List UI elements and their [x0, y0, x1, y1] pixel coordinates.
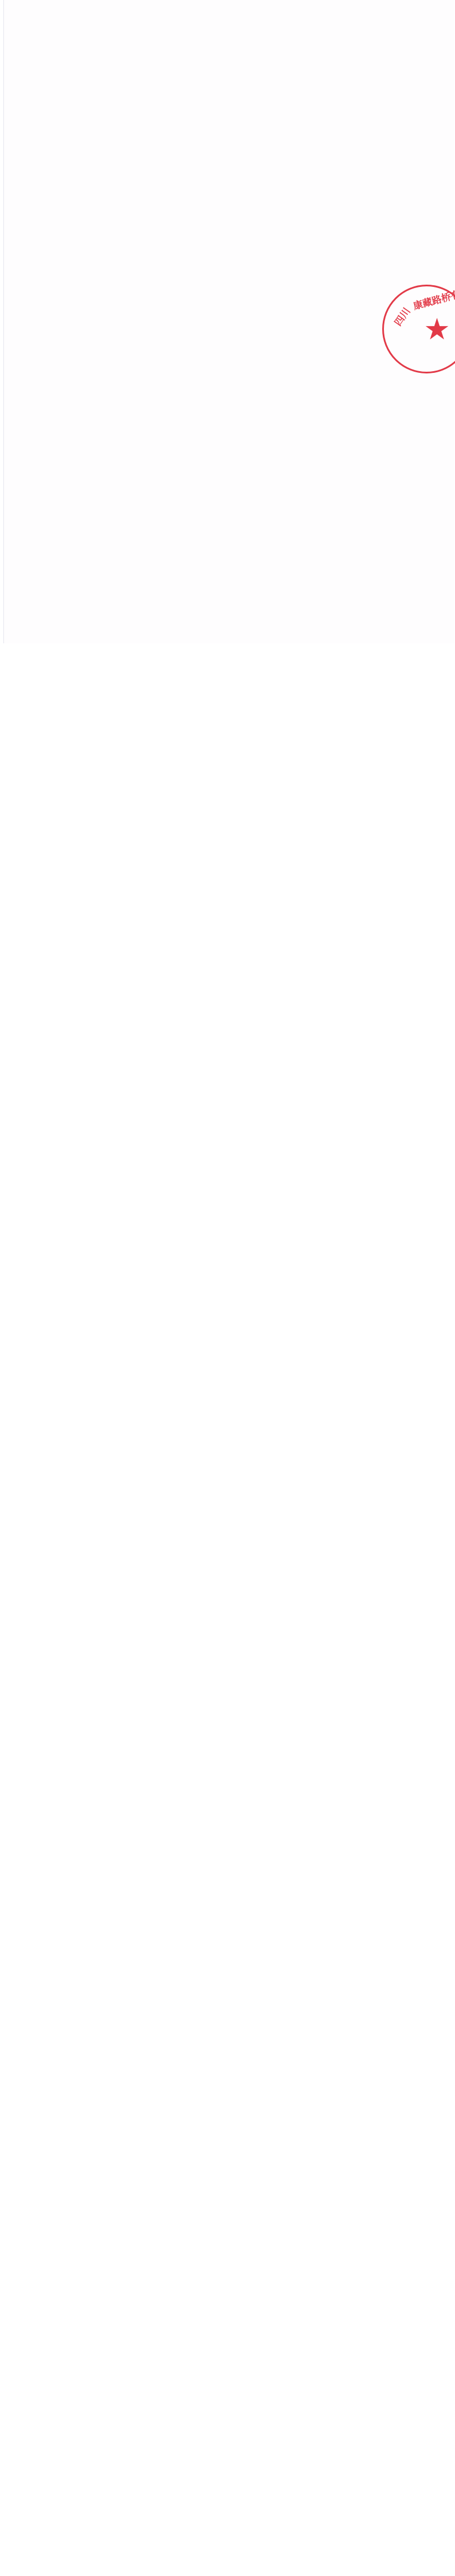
seal-text: 四川 — [390, 304, 413, 328]
seal-text: 康藏路桥有 — [411, 286, 455, 312]
seal-star-icon: ★ — [424, 315, 450, 344]
